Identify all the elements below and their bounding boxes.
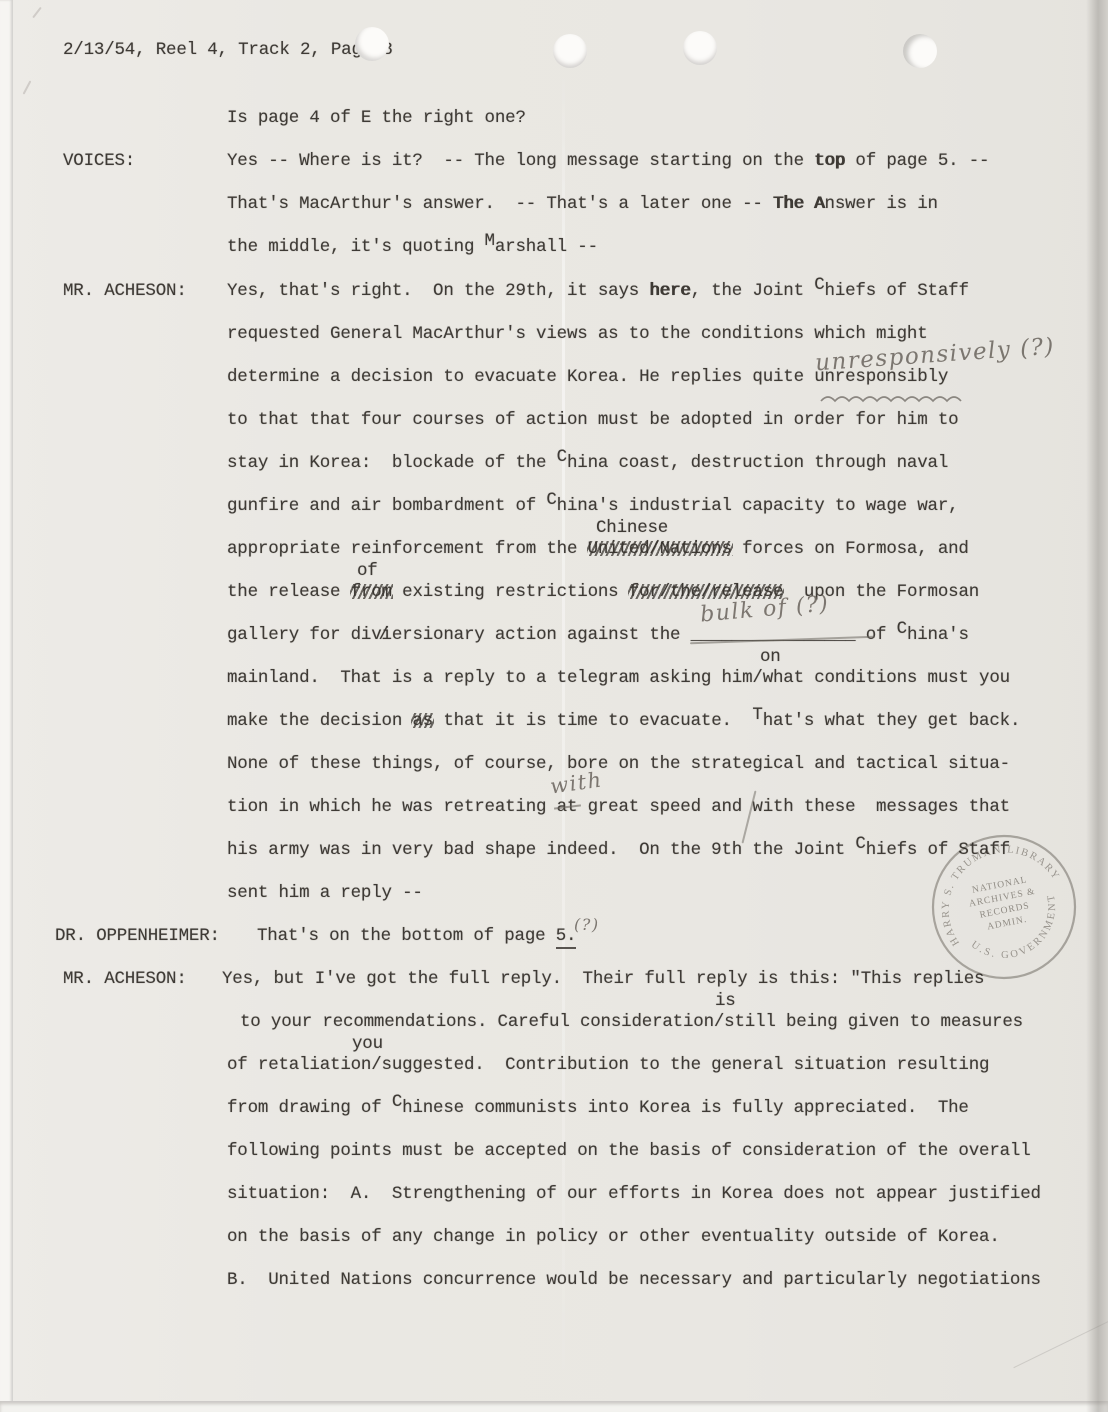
handwritten-pencil-note: (?)	[574, 915, 600, 934]
raised-capital: C	[546, 490, 556, 510]
text-segment: hat's what they get back.	[763, 711, 1021, 731]
text-segment: stay in Korea: blockade of the	[227, 453, 557, 473]
text-segment: i	[382, 625, 392, 645]
speaker-label: MR. ACHESON:	[63, 969, 187, 990]
text-segment: here	[649, 281, 690, 301]
text-segment: MR. ACHESON:	[63, 281, 187, 301]
scan-edge-left	[0, 0, 13, 1412]
text-segment: of page 5. --	[845, 151, 989, 171]
pencil-squiggle-underline	[820, 392, 970, 406]
scanned-transcript-page: HARRY S. TRUMAN LIBRARY U.S. GOVERNMENT …	[0, 0, 1108, 1412]
header-line: 2/13/54, Reel 4, Track 2, Page 8	[63, 40, 393, 61]
typed-line: of retaliation/suggested. Contribution t…	[227, 1055, 989, 1076]
typed-line: Yes -- Where is it? -- The long message …	[227, 151, 989, 172]
typed-line: following points must be accepted on the…	[227, 1141, 1031, 1162]
text-segment: great speed and with these messages that	[577, 797, 1010, 817]
typed-line: Is page 4 of E the right one?	[227, 108, 526, 129]
text-segment: That's MacArthur's answer. -- That's a l…	[227, 194, 773, 214]
text-segment: the release	[227, 582, 351, 602]
struck-out-text: United/Nations	[588, 539, 732, 559]
text-segment: DR. OPPENHEIMER:	[55, 926, 220, 946]
text-segment: Yes -- Where is it? -- The long message …	[227, 151, 814, 171]
typed-line: to that that four courses of action must…	[227, 410, 958, 431]
text-segment: to that that four courses of action must…	[227, 410, 958, 430]
typed-line: stay in Korea: blockade of the China coa…	[227, 453, 948, 474]
typed-line: That's on the bottom of page 5.	[257, 926, 576, 947]
text-segment: situation: A. Strengthening of our effor…	[227, 1184, 1041, 1204]
raised-capital: C	[557, 447, 567, 467]
interline-typed-insert: of	[357, 561, 378, 582]
text-segment: hina's industrial capacity to wage war,	[557, 496, 959, 516]
hole-punch	[553, 34, 587, 68]
text-segment: None of these things, of course, bore on…	[227, 754, 1010, 774]
text-segment: top	[814, 151, 845, 171]
text-segment: hina coast, destruction through naval	[567, 453, 948, 473]
text-segment: gunfire and air bombardment of	[227, 496, 546, 516]
text-segment: B. United Nations concurrence would be n…	[227, 1270, 1041, 1290]
text-segment: make the decision	[227, 711, 412, 731]
text-segment: VOICES:	[63, 151, 135, 171]
text-segment: existing restrictions	[392, 582, 629, 602]
text-segment: gallery for div	[227, 625, 382, 645]
text-segment: at	[557, 797, 578, 817]
typed-line: None of these things, of course, bore on…	[227, 754, 1010, 775]
text-segment: appropriate reinforcement from the	[227, 539, 588, 559]
typed-line: make the decision as that it is time to …	[227, 711, 1020, 732]
interline-typed-insert: is	[715, 991, 736, 1012]
raised-capital: M	[485, 231, 495, 251]
text-segment: of retaliation/suggested. Contribution t…	[227, 1055, 989, 1075]
text-segment: requested General MacArthur's views as t…	[227, 324, 928, 344]
typed-line: from drawing of Chinese communists into …	[227, 1098, 969, 1119]
speaker-label: VOICES:	[63, 151, 135, 172]
text-segment: , the Joint	[691, 281, 815, 301]
text-segment: the middle, it's quoting	[227, 237, 485, 257]
text-segment: from drawing of	[227, 1098, 392, 1118]
typed-line: Yes, but I've got the full reply. Their …	[222, 969, 984, 990]
text-segment: nswer is in	[825, 194, 938, 214]
typed-line: gunfire and air bombardment of China's i…	[227, 496, 958, 517]
raised-capital: C	[814, 275, 824, 295]
text-segment: hinese communists into Korea is fully ap…	[402, 1098, 969, 1118]
typed-line: Yes, that's right. On the 29th, it says …	[227, 281, 969, 302]
text-segment: 2/13/54, Reel 4, Track 2, Page 8	[63, 40, 393, 60]
text-segment: Is page 4 of E the right one?	[227, 108, 526, 128]
interline-typed-insert: you	[352, 1034, 383, 1055]
text-segment: mainland. That is a reply to a telegram …	[227, 668, 1010, 688]
hole-punch	[903, 34, 937, 68]
scan-edge-right	[1086, 0, 1108, 1412]
truman-library-stamp: HARRY S. TRUMAN LIBRARY U.S. GOVERNMENT …	[925, 830, 1083, 985]
typed-line: requested General MacArthur's views as t…	[227, 324, 928, 345]
interline-typed-insert: on	[760, 647, 781, 668]
text-segment: hina's	[907, 625, 969, 645]
text-segment: following points must be accepted on the…	[227, 1141, 1031, 1161]
text-segment: to your recommendations. Careful conside…	[240, 1012, 1023, 1032]
typed-line: B. United Nations concurrence would be n…	[227, 1270, 1041, 1291]
typed-line: tion in which he was retreating at great…	[227, 797, 1010, 818]
struck-out-text: as	[412, 711, 433, 731]
typed-line: situation: A. Strengthening of our effor…	[227, 1184, 1041, 1205]
typed-line: the middle, it's quoting Marshall --	[227, 237, 598, 258]
raised-capital: C	[897, 619, 907, 639]
typed-line: to your recommendations. Careful conside…	[240, 1012, 1023, 1033]
text-segment: his army was in very bad shape indeed. O…	[227, 840, 855, 860]
interline-typed-insert: Chinese	[596, 518, 668, 539]
text-segment: arshall --	[495, 237, 598, 257]
typed-line: his army was in very bad shape indeed. O…	[227, 840, 1010, 861]
raised-capital: C	[855, 834, 865, 854]
text-segment: Yes, that's right. On the 29th, it says	[227, 281, 649, 301]
typed-line: mainland. That is a reply to a telegram …	[227, 668, 1010, 689]
pencil-slash-mark	[23, 80, 32, 94]
typed-line: appropriate reinforcement from the Unite…	[227, 539, 969, 560]
pencil-slash-mark	[32, 7, 42, 18]
struck-out-text: from	[351, 582, 392, 602]
text-segment: sent him a reply --	[227, 883, 423, 903]
text-segment: That's on the bottom of page	[257, 926, 556, 946]
speaker-label: DR. OPPENHEIMER:	[55, 926, 220, 947]
typed-line: on the basis of any change in policy or …	[227, 1227, 1000, 1248]
text-segment: Yes, but I've got the full reply. Their …	[222, 969, 984, 989]
hole-punch	[683, 31, 717, 65]
text-segment: of	[855, 625, 896, 645]
typed-line: That's MacArthur's answer. -- That's a l…	[227, 194, 938, 215]
text-segment: MR. ACHESON:	[63, 969, 187, 989]
text-segment: hiefs of Staff	[825, 281, 969, 301]
speaker-label: MR. ACHESON:	[63, 281, 187, 302]
text-segment: ersionary action against the	[392, 625, 691, 645]
scan-edge-bottom	[0, 1401, 1108, 1412]
typed-line: the release from existing restrictions f…	[227, 582, 979, 603]
text-segment: forces on Formosa, and	[732, 539, 969, 559]
hole-punch	[355, 27, 389, 61]
text-segment: The A	[773, 194, 825, 214]
typed-line: sent him a reply --	[227, 883, 423, 904]
raised-capital: C	[392, 1092, 402, 1112]
text-segment: tion in which he was retreating	[227, 797, 557, 817]
text-segment: that it is time to evacuate.	[433, 711, 752, 731]
text-segment: on the basis of any change in policy or …	[227, 1227, 1000, 1247]
raised-capital: T	[752, 705, 762, 725]
